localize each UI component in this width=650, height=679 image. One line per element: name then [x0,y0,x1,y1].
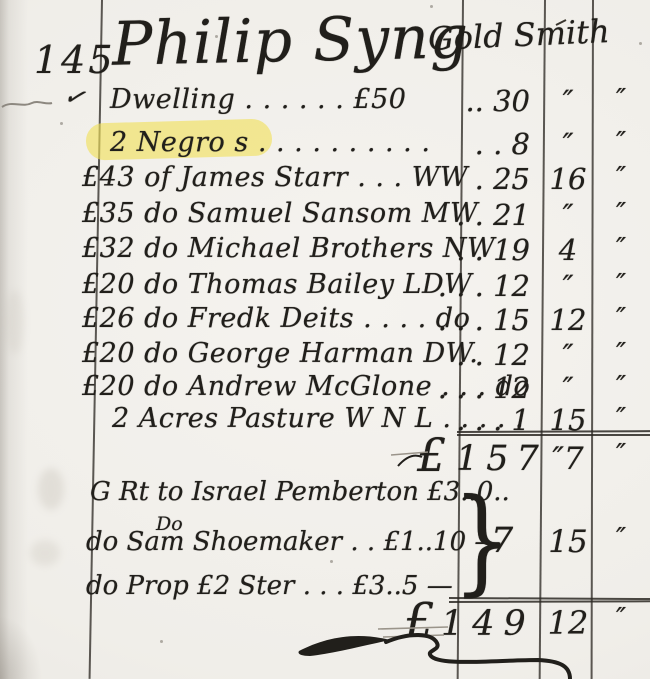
pound-sign: £ [404,597,435,645]
pounds-value: . . 8 [434,127,530,161]
subtotal-shillings: ″7 [545,441,591,477]
deduction-shillings: 15 [545,524,591,560]
check-mark: ✓ [61,80,88,113]
deduction-pounds: 7 [474,521,530,561]
pence-value: ″ [596,303,646,334]
paper-speck [215,35,218,38]
total-shillings: 12 [545,604,591,642]
pence-value: ″ [596,403,646,434]
shillings-value: ″ [545,338,591,372]
total-pence: ″ [596,603,646,634]
shillings-value: 15 [545,403,591,437]
deduction-line: do Prop £2 Ster . . . £3..5 — [86,571,453,601]
paper-speck [60,122,63,125]
pence-value: ″ [596,269,646,300]
shillings-value: ″ [545,371,591,405]
deduction-line: do Sam Shoemaker . . £1..10 — [86,527,500,557]
pounds-value: . . . 12 [434,269,530,303]
paper-smudge [38,468,64,510]
subtotal-pence: ″ [596,439,646,470]
entry-label: £43 of James Starr . . . WW [82,162,468,193]
pence-value: ″ [596,84,646,115]
entry-label: £20 do Thomas Bailey LDW [82,269,472,300]
entry-label: £35 do Samuel Sansom MW [82,198,478,229]
pounds-value: . . 12 [434,338,530,372]
paper-speck [160,640,163,643]
entry-label: £26 do Fredk Deits . . . . do [82,303,470,334]
paper-smudge [6,290,24,354]
pence-value: ″ [596,371,646,402]
folio-number: 145 [34,38,116,82]
pence-value: ″ [596,127,646,158]
pound-sign: £ [417,432,446,478]
pounds-value: . . . 1 [434,403,530,437]
taxpayer-name: Philip Syng [111,2,470,79]
pounds-value: . . 19 [434,233,530,267]
deduction-line: G Rt to Israel Pemberton £3..0.. [90,477,510,507]
pence-value: ″ [596,338,646,369]
flourish-wedge [298,636,390,656]
subtotal-pounds: 157 [456,439,534,479]
shillings-value: ″ [545,269,591,303]
paper-speck [639,42,642,45]
pounds-value: . . . 15 [434,303,530,337]
shillings-value: ″ [545,198,591,232]
taxpayer-occupation: Gold Smith [427,12,610,58]
paper-smudge [30,540,60,566]
shillings-value: 4 [545,233,591,267]
paper-speck [430,5,433,8]
shillings-value: 12 [545,303,591,337]
pencil-squiggle [2,102,52,107]
total-pounds: 149 [441,604,521,644]
shillings-value: 16 [545,162,591,196]
ditto-flourish: Do [156,513,183,535]
entry-label: 2 Negro s . . . . . . . . . . [110,127,430,158]
entry-label: £20 do George Harman DW. [82,338,478,369]
paper-speck [120,250,123,253]
pence-value: ″ [596,162,646,193]
paper-speck [330,560,333,563]
pounds-value: . . 21 [434,198,530,232]
ledger-page: 145 Philip Syng Gold Smith ✓ Dwelling . … [0,0,650,679]
pounds-value: . . . 12 [434,371,530,405]
shillings-value: ″ [545,84,591,118]
entry-label: Dwelling . . . . . . £50 [110,84,406,115]
pounds-value: .. 30 [434,84,530,118]
shillings-value: ″ [545,127,591,161]
column-rule-pence [591,0,594,679]
pence-value: ″ [596,198,646,229]
pence-value: ″ [596,233,646,264]
pounds-value: . 25 [434,162,530,196]
deduction-pence: ″ [596,523,646,554]
